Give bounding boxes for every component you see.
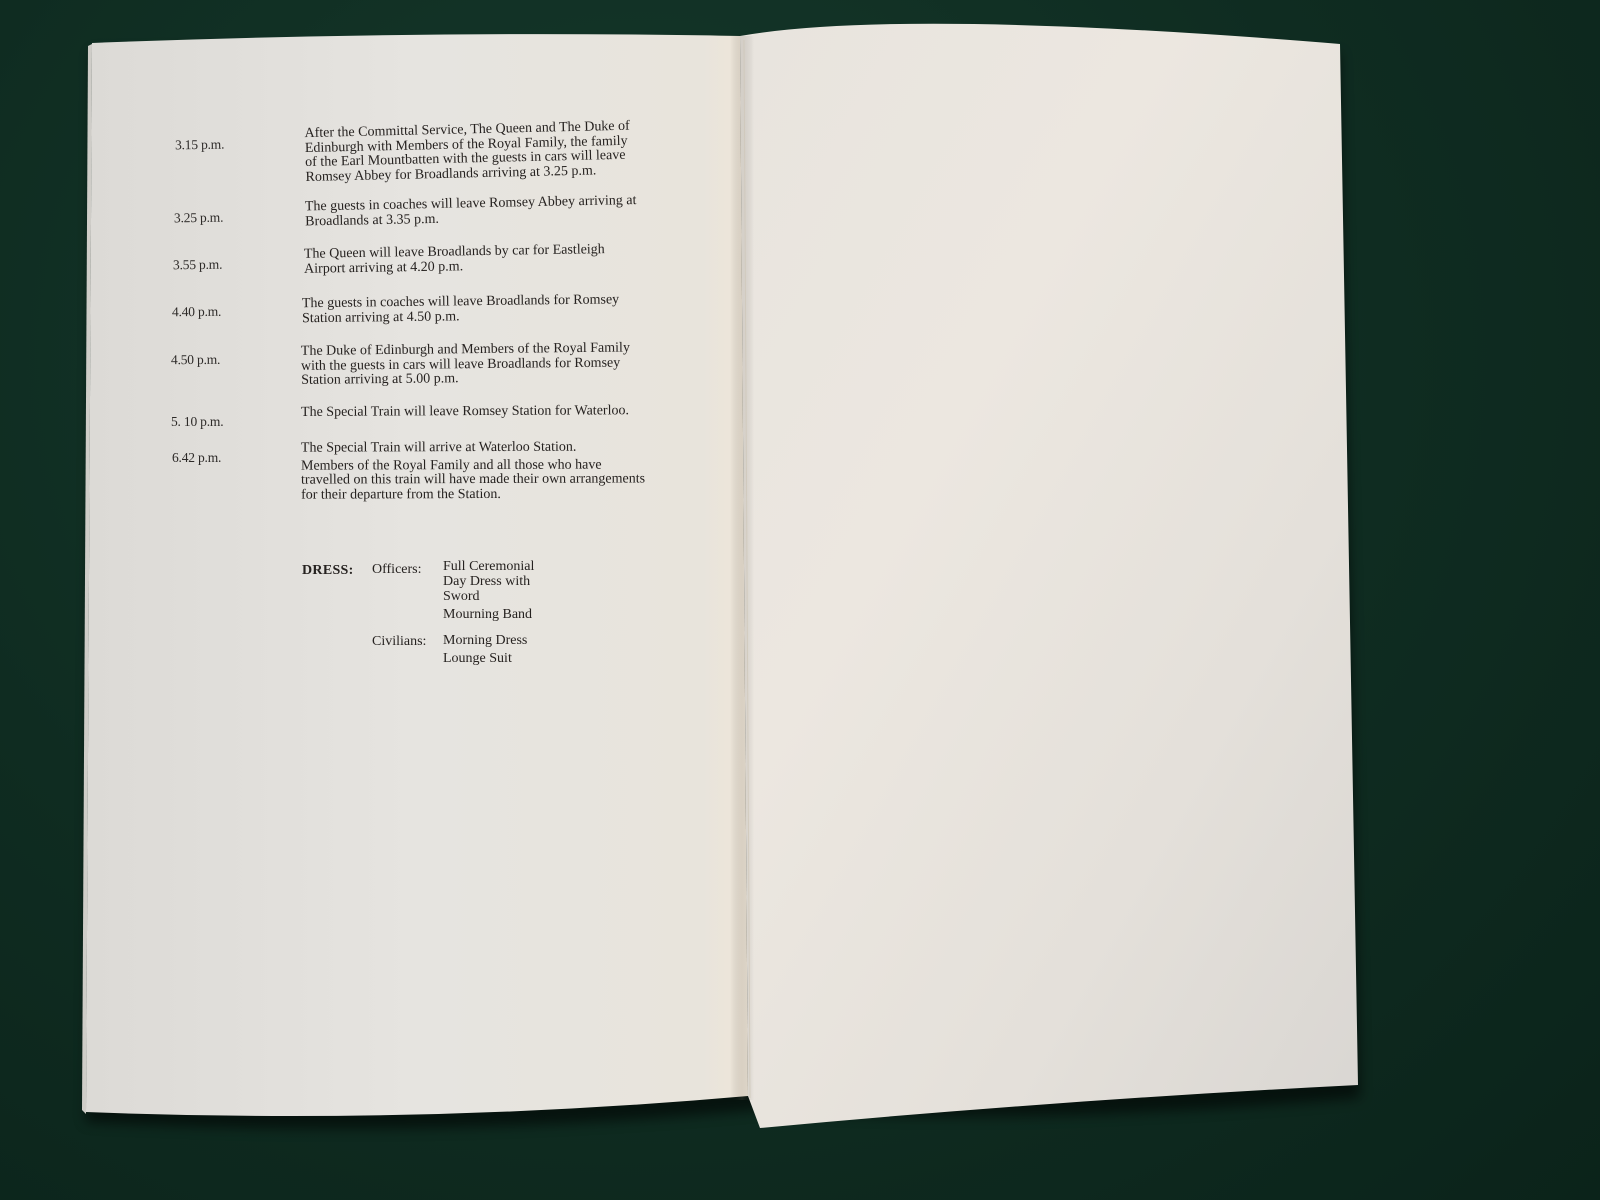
schedule-time: 6.42 p.m. — [172, 450, 221, 466]
schedule-time: 4.50 p.m. — [171, 352, 220, 368]
schedule-time: 5. 10 p.m. — [171, 414, 223, 430]
photo-scene: 3.15 p.m. After the Committal Service, T… — [0, 0, 1600, 1200]
dress-category-civilians: Civilians: — [372, 634, 426, 650]
schedule-description: The Queen will leave Broadlands by car f… — [304, 242, 663, 277]
dress-category-officers: Officers: — [372, 562, 422, 578]
schedule-time: 3.15 p.m. — [175, 137, 224, 154]
schedule-time: 4.40 p.m. — [172, 304, 221, 320]
schedule-time: 3.25 p.m. — [174, 210, 223, 227]
dress-label: DRESS: — [302, 563, 354, 579]
schedule-description: The guests in coaches will leave Romsey … — [305, 194, 663, 230]
schedule-description: The Special Train will arrive at Waterlo… — [301, 440, 668, 502]
dress-items-civilians: Morning Dress Lounge Suit — [443, 632, 527, 668]
schedule-description: The guests in coaches will leave Broadla… — [302, 293, 664, 326]
dress-items-officers: Full Ceremonial Day Dress with Sword Mou… — [443, 559, 534, 622]
left-page-text: 3.15 p.m. After the Committal Service, T… — [0, 0, 1600, 1200]
schedule-time: 3.55 p.m. — [173, 257, 222, 274]
schedule-description: The Special Train will leave Romsey Stat… — [301, 404, 671, 420]
schedule-description: After the Committal Service, The Queen a… — [304, 119, 663, 185]
schedule-description: The Duke of Edinburgh and Members of the… — [301, 341, 665, 388]
